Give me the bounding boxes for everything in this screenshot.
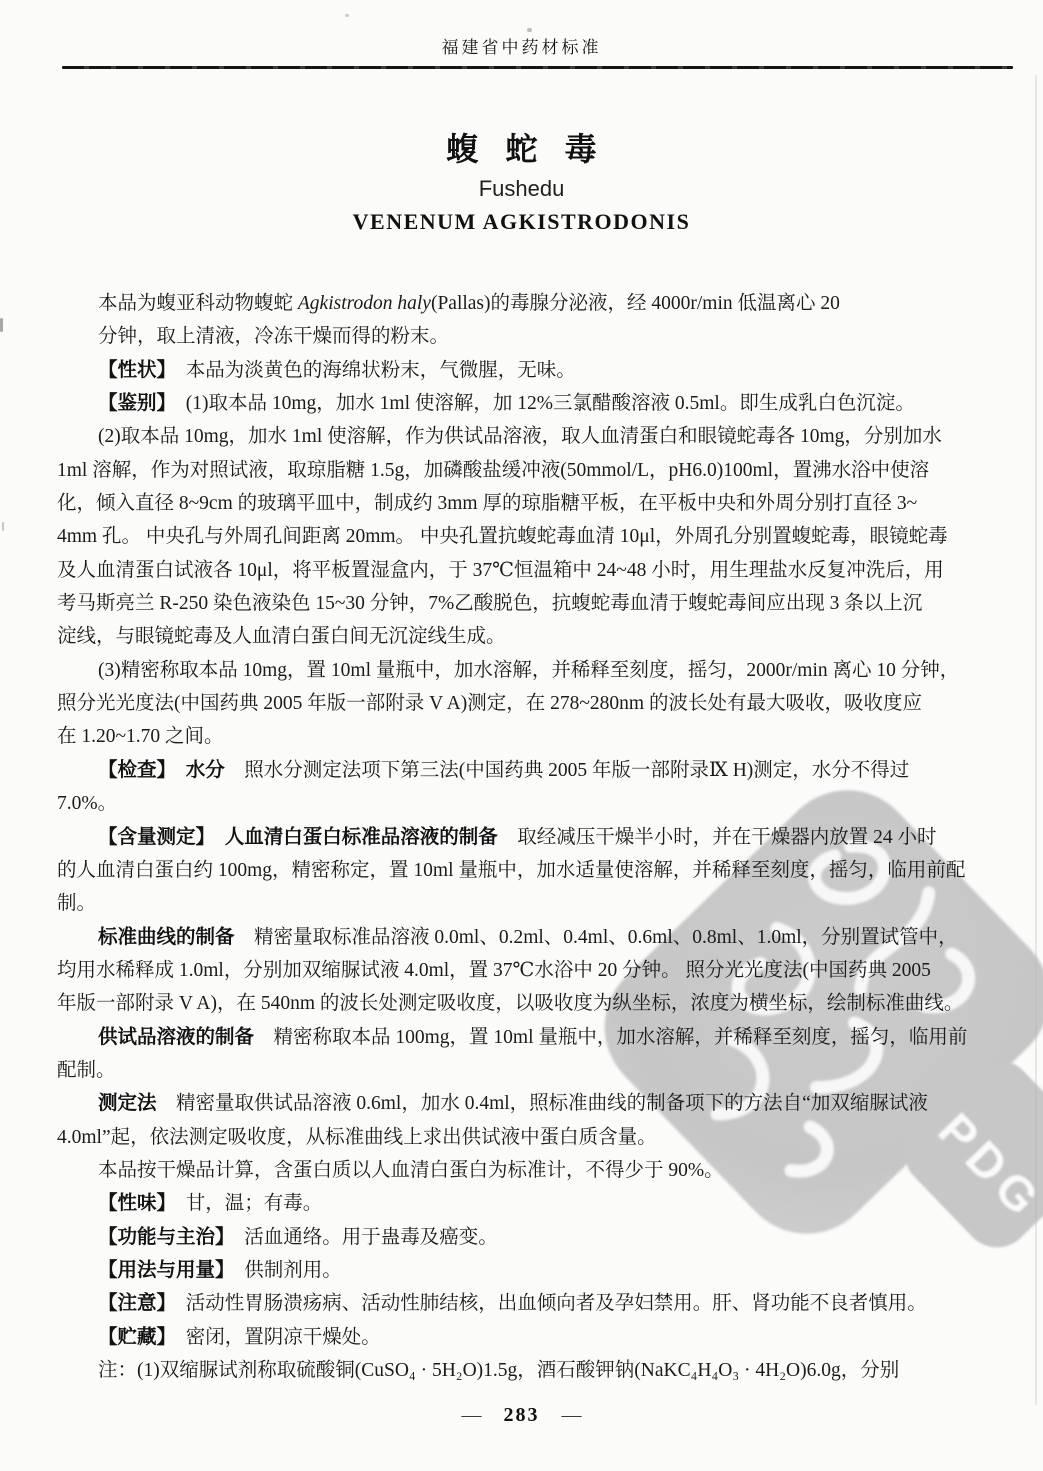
text-line: 【性状】 本品为淡黄色的海绵状粉末，气微腥，无味。	[57, 354, 1015, 387]
line-text: (3)精密称取本品 10mg，置 10ml 量瓶中，加水溶解，并稀释至刻度，摇匀…	[98, 660, 959, 681]
line-text: 均用水稀释成 1.0ml，分别加双缩脲试液 4.0ml，置 37℃水浴中 20 …	[57, 960, 931, 981]
line-text: 本品按干燥品计算，含蛋白质以人血清白蛋白为标准计，不得少于 90%。	[98, 1160, 724, 1181]
line-text: 照水分测定法项下第三法(中国药典 2005 年版一部附录Ⅸ H)测定，水分不得过	[225, 760, 910, 781]
line-head: 供试品溶液的制备	[98, 1026, 254, 1048]
text-line: 年版一部附录 V A)，在 540nm 的波长处测定吸收度，以吸收度为纵坐标，浓…	[57, 987, 1015, 1020]
drug-title-pinyin: Fushedu	[0, 176, 1043, 202]
line-text: 供制剂用。	[225, 1260, 342, 1281]
line-head: 测定法	[98, 1092, 157, 1114]
line-head: 【含量测定】 人血清白蛋白标准品溶液的制备	[98, 826, 498, 848]
text-line: 考马斯亮兰 R-250 染色液染色 15~30 分钟，7%乙酸脱色，抗蝮蛇毒血清…	[57, 587, 1015, 620]
drug-title-chinese: 蝮蛇毒	[0, 124, 1043, 170]
line-head: 【注意】	[98, 1292, 166, 1314]
text-line: 本品为蝮亚科动物蝮蛇 Agkistrodon haly(Pallas)的毒腺分泌…	[57, 287, 1015, 320]
text-line: 【鉴别】 (1)取本品 10mg，加水 1ml 使溶解，加 12%三氯醋酸溶液 …	[57, 387, 1015, 420]
line-text: 精密称取本品 100mg，置 10ml 量瓶中，加水溶解，并稀释至刻度，摇匀，临…	[254, 1027, 967, 1048]
line-text: 的人血清白蛋白约 100mg，精密称定，置 10ml 量瓶中，加水适量使溶解，并…	[57, 860, 965, 881]
page-footer: — 283 —	[0, 1404, 1043, 1427]
text-line: 的人血清白蛋白约 100mg，精密称定，置 10ml 量瓶中，加水适量使溶解，并…	[57, 854, 1015, 887]
text-line: 4.0ml”起，依法测定吸收度，从标准曲线上求出供试液中蛋白质含量。	[57, 1121, 1015, 1154]
line-text: 4.0ml”起，依法测定吸收度，从标准曲线上求出供试液中蛋白质含量。	[57, 1127, 657, 1148]
text-line: 均用水稀释成 1.0ml，分别加双缩脲试液 4.0ml，置 37℃水浴中 20 …	[57, 954, 1015, 987]
scan-artifact	[2, 522, 4, 531]
line-text: 7.0%。	[57, 793, 117, 814]
text-line: 1ml 溶解，作为对照试液，取琼脂糖 1.5g，加磷酸盐缓冲液(50mmol/L…	[57, 454, 1015, 487]
scan-artifact	[0, 318, 3, 332]
line-text: 照分光光度法(中国药典 2005 年版一部附录 V A)测定，在 278~280…	[57, 693, 922, 714]
line-head: 【功能与主治】	[98, 1226, 225, 1248]
text-line: 注：(1)双缩脲试剂称取硫酸铜(CuSO₄ · 5H₂O)1.5g，酒石酸钾钠(…	[57, 1354, 1015, 1387]
text-line: 配制。	[57, 1054, 1015, 1087]
line-head: 【性味】	[98, 1192, 166, 1214]
line-text: 精密量取供试品溶液 0.6ml，加水 0.4ml，照标准曲线的制备项下的方法自“…	[157, 1093, 928, 1114]
line-text: 分钟，取上清液，冷冻干燥而得的粉末。	[98, 326, 449, 347]
line-text: 本品为蝮亚科动物蝮蛇	[98, 293, 298, 314]
line-head: 【检查】 水分	[98, 759, 225, 781]
text-line: 淀线，与眼镜蛇毒及人血清白蛋白间无沉淀线生成。	[57, 620, 1015, 653]
scan-artifact	[527, 28, 532, 32]
text-line: 在 1.20~1.70 之间。	[57, 720, 1015, 753]
text-line: 及人血清蛋白试液各 10μl，将平板置湿盒内，于 37℃恒温箱中 24~48 小…	[57, 554, 1015, 587]
line-italic: Agkistrodon haly	[298, 293, 431, 314]
line-text: 年版一部附录 V A)，在 540nm 的波长处测定吸收度，以吸收度为纵坐标，浓…	[57, 993, 963, 1014]
body-text: 本品为蝮亚科动物蝮蛇 Agkistrodon haly(Pallas)的毒腺分泌…	[57, 287, 1015, 1387]
text-line: 【含量测定】 人血清白蛋白标准品溶液的制备 取经减压干燥半小时，并在干燥器内放置…	[57, 821, 1015, 854]
text-line: (3)精密称取本品 10mg，置 10ml 量瓶中，加水溶解，并稀释至刻度，摇匀…	[57, 654, 1015, 687]
line-text: (1)取本品 10mg，加水 1ml 使溶解，加 12%三氯醋酸溶液 0.5ml…	[166, 393, 915, 414]
document-page: 福建省中药材标准 蝮蛇毒 Fushedu VENENUM AGKISTRODON…	[0, 0, 1043, 1471]
header-rule	[62, 66, 1013, 69]
text-line: 制。	[57, 887, 1015, 920]
scan-artifact	[1035, 75, 1037, 1405]
text-line: 本品按干燥品计算，含蛋白质以人血清白蛋白为标准计，不得少于 90%。	[57, 1154, 1015, 1187]
line-text: 制。	[57, 893, 96, 914]
line-text: 在 1.20~1.70 之间。	[57, 726, 224, 747]
line-text: 化，倾入直径 8~9cm 的玻璃平皿中，制成约 3mm 厚的琼脂糖平板，在平板中…	[57, 493, 917, 514]
line-text: 精密量取标准品溶液 0.0ml、0.2ml、0.4ml、0.6ml、0.8ml、…	[235, 927, 958, 948]
text-line: 【用法与用量】 供制剂用。	[57, 1254, 1015, 1287]
page-header: 福建省中药材标准	[0, 33, 1043, 58]
line-text: 活血通络。用于蛊毒及癌变。	[225, 1227, 498, 1248]
text-line: 【功能与主治】 活血通络。用于蛊毒及癌变。	[57, 1221, 1015, 1254]
line-text: 4mm 孔。 中央孔与外周孔间距离 20mm。 中央孔置抗蝮蛇毒血清 10μl，…	[57, 526, 948, 547]
text-line: 分钟，取上清液，冷冻干燥而得的粉末。	[57, 320, 1015, 353]
text-line: 【注意】 活动性胃肠溃疡病、活动性肺结核，出血倾向者及孕妇禁用。肝、肾功能不良者…	[57, 1287, 1015, 1320]
drug-title-latin: VENENUM AGKISTRODONIS	[0, 209, 1043, 235]
line-text: 1ml 溶解，作为对照试液，取琼脂糖 1.5g，加磷酸盐缓冲液(50mmol/L…	[57, 460, 929, 481]
line-text: 考马斯亮兰 R-250 染色液染色 15~30 分钟，7%乙酸脱色，抗蝮蛇毒血清…	[57, 593, 922, 614]
text-line: 化，倾入直径 8~9cm 的玻璃平皿中，制成约 3mm 厚的琼脂糖平板，在平板中…	[57, 487, 1015, 520]
text-line: 测定法 精密量取供试品溶液 0.6ml，加水 0.4ml，照标准曲线的制备项下的…	[57, 1087, 1015, 1120]
scan-artifact	[345, 14, 349, 17]
footer-dash-left: —	[462, 1404, 482, 1427]
line-text: 取经减压干燥半小时，并在干燥器内放置 24 小时	[498, 827, 937, 848]
line-text: (Pallas)的毒腺分泌液，经 4000r/min 低温离心 20	[431, 293, 840, 314]
text-line: 7.0%。	[57, 787, 1015, 820]
line-head: 【性状】	[98, 359, 166, 381]
text-line: 4mm 孔。 中央孔与外周孔间距离 20mm。 中央孔置抗蝮蛇毒血清 10μl，…	[57, 520, 1015, 553]
line-text: 淀线，与眼镜蛇毒及人血清白蛋白间无沉淀线生成。	[57, 626, 506, 647]
text-line: 【性味】 甘，温；有毒。	[57, 1187, 1015, 1220]
line-text: 配制。	[57, 1060, 116, 1081]
line-text: 及人血清蛋白试液各 10μl，将平板置湿盒内，于 37℃恒温箱中 24~48 小…	[57, 560, 944, 581]
line-head: 【用法与用量】	[98, 1259, 225, 1281]
line-head: 标准曲线的制备	[98, 926, 235, 948]
footer-page-number: 283	[504, 1404, 540, 1427]
line-text: 密闭，置阴凉干燥处。	[166, 1327, 381, 1348]
line-text: 注：(1)双缩脲试剂称取硫酸铜(CuSO₄ · 5H₂O)1.5g，酒石酸钾钠(…	[98, 1360, 899, 1381]
text-line: 【贮藏】 密闭，置阴凉干燥处。	[57, 1321, 1015, 1354]
line-text: 活动性胃肠溃疡病、活动性肺结核，出血倾向者及孕妇禁用。肝、肾功能不良者慎用。	[166, 1293, 927, 1314]
line-head: 【鉴别】	[98, 392, 166, 414]
text-line: 照分光光度法(中国药典 2005 年版一部附录 V A)测定，在 278~280…	[57, 687, 1015, 720]
line-text: 本品为淡黄色的海绵状粉末，气微腥，无味。	[166, 360, 576, 381]
line-text: 甘，温；有毒。	[166, 1193, 322, 1214]
text-line: 【检查】 水分 照水分测定法项下第三法(中国药典 2005 年版一部附录Ⅸ H)…	[57, 754, 1015, 787]
text-line: (2)取本品 10mg，加水 1ml 使溶解，作为供试品溶液，取人血清蛋白和眼镜…	[57, 420, 1015, 453]
line-text: (2)取本品 10mg，加水 1ml 使溶解，作为供试品溶液，取人血清蛋白和眼镜…	[98, 426, 942, 447]
footer-dash-right: —	[562, 1404, 582, 1427]
text-line: 标准曲线的制备 精密量取标准品溶液 0.0ml、0.2ml、0.4ml、0.6m…	[57, 921, 1015, 954]
line-head: 【贮藏】	[98, 1326, 166, 1348]
text-line: 供试品溶液的制备 精密称取本品 100mg，置 10ml 量瓶中，加水溶解，并稀…	[57, 1021, 1015, 1054]
